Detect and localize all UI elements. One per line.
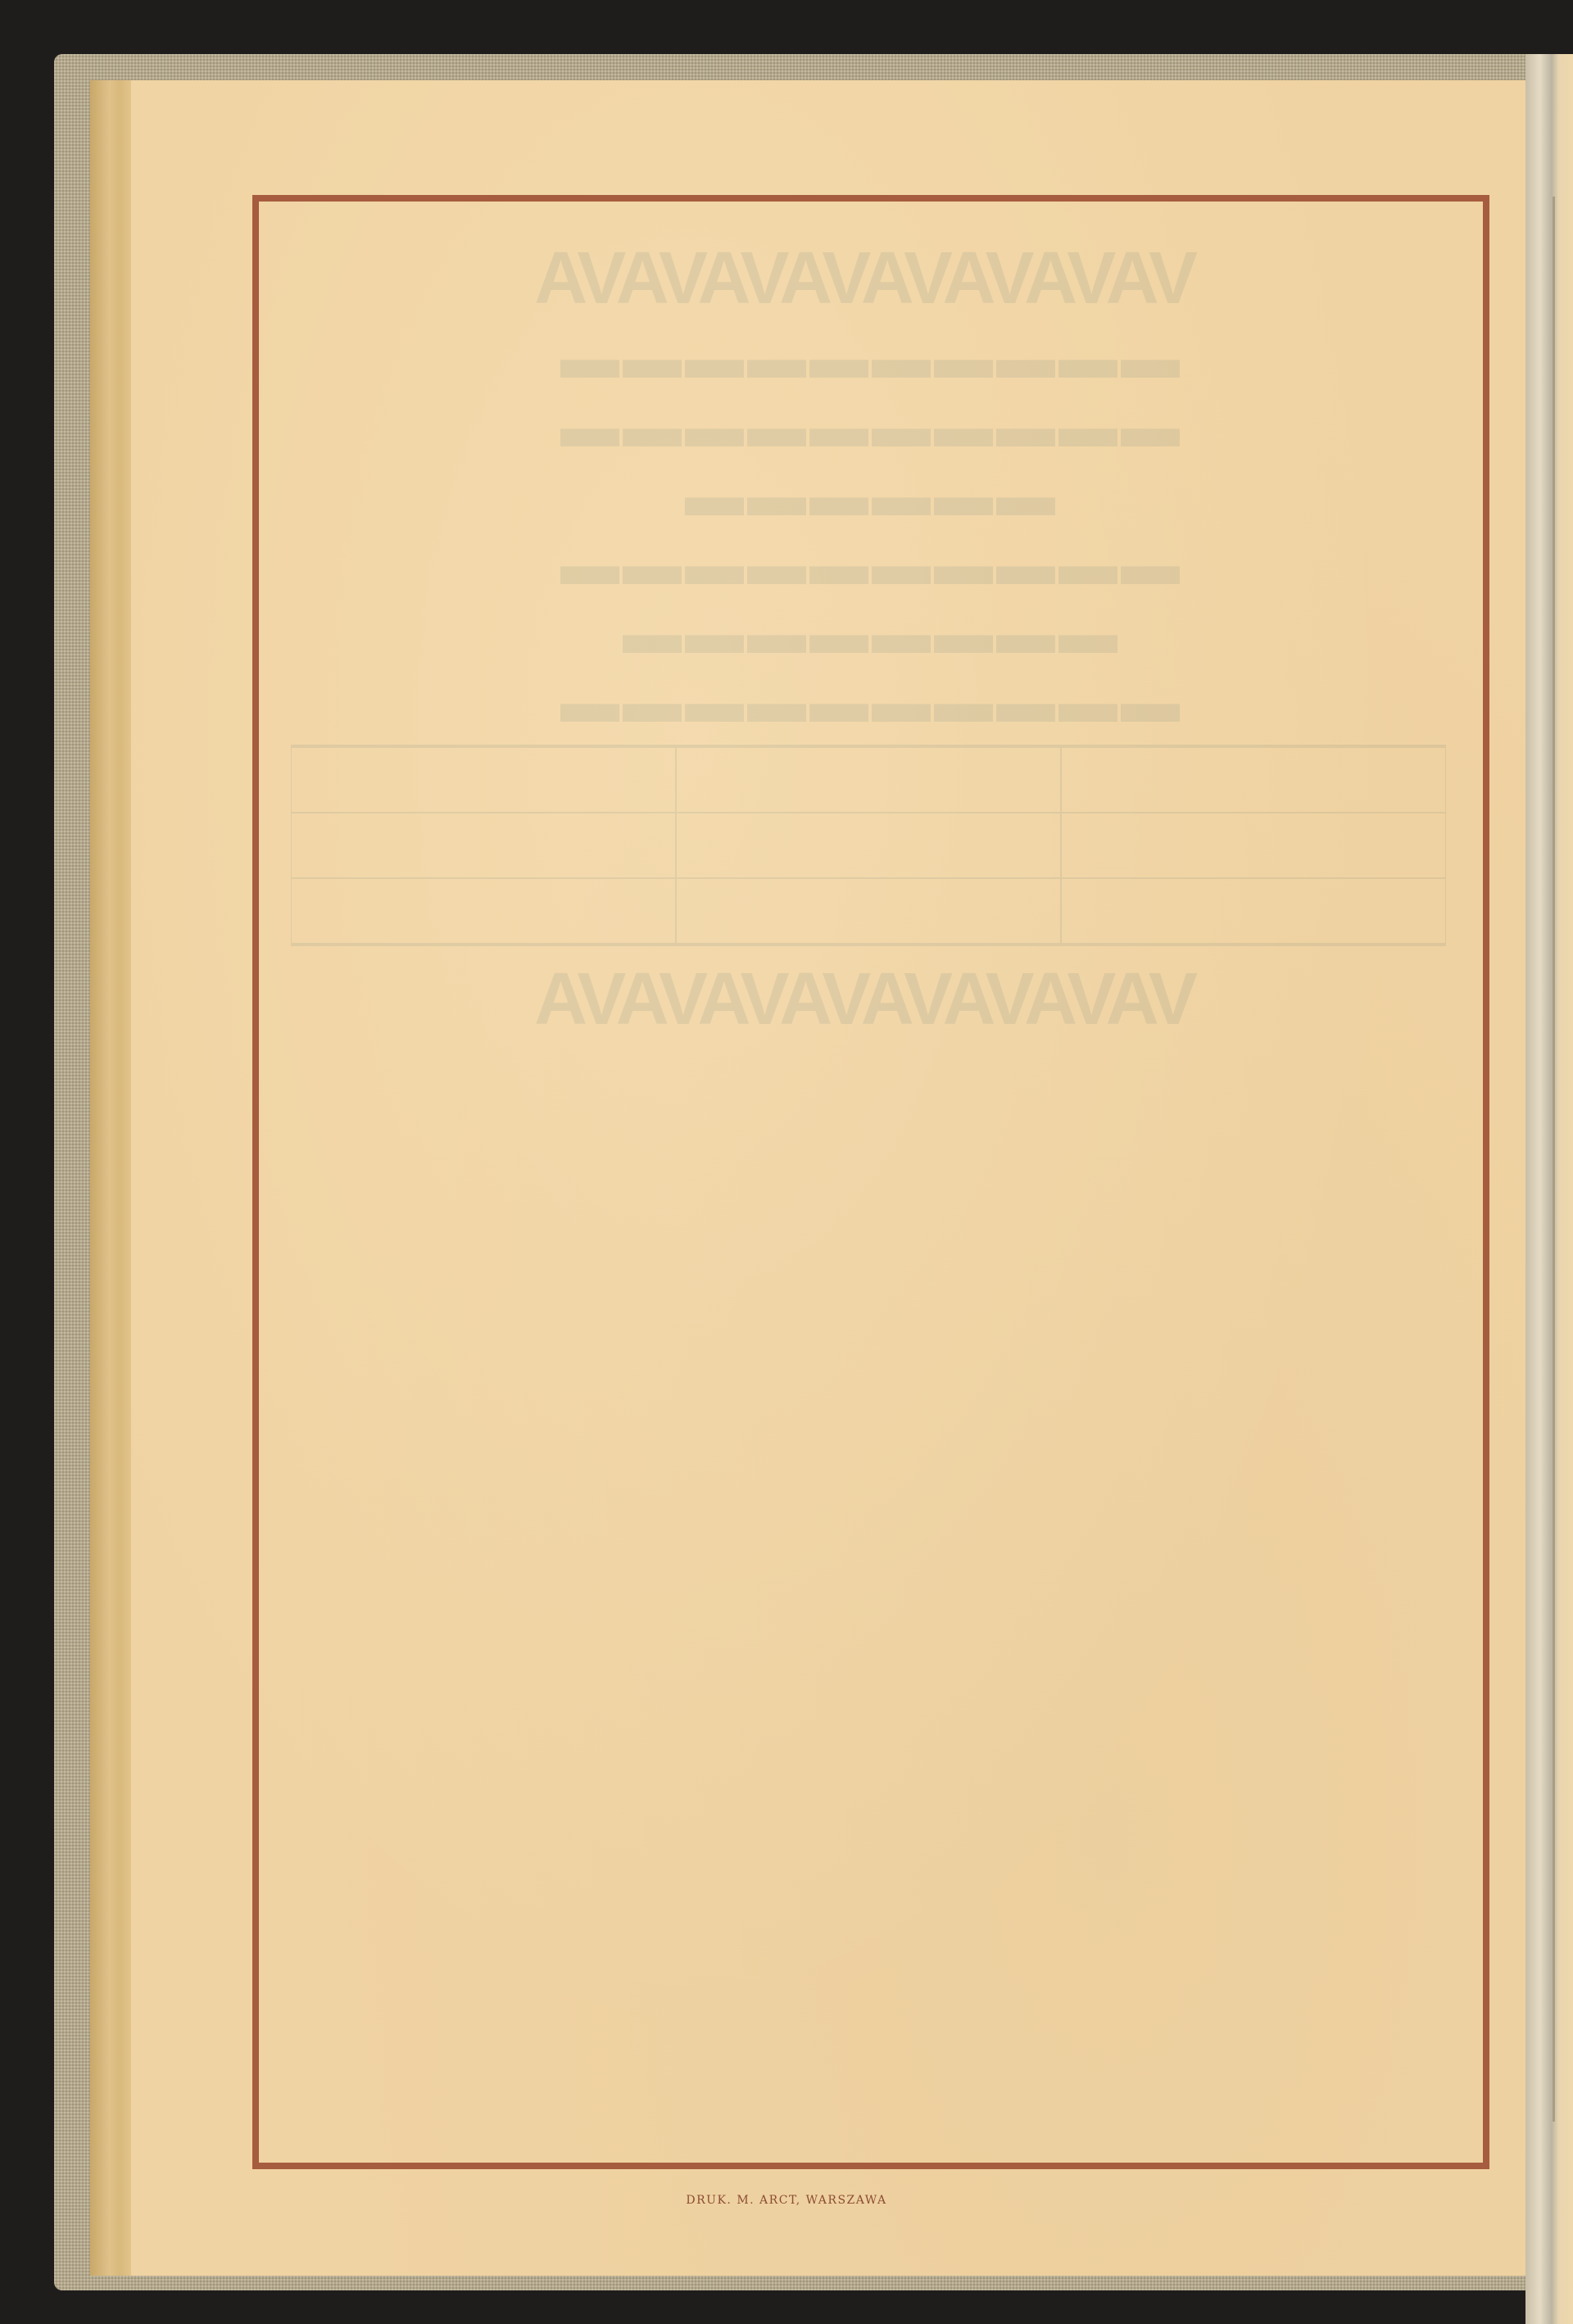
facing-page-edge bbox=[1553, 197, 1573, 2122]
decorative-border-frame bbox=[252, 195, 1489, 2169]
printer-caption: DRUK. M. ARCT, WARSZAWA bbox=[0, 2194, 1573, 2207]
